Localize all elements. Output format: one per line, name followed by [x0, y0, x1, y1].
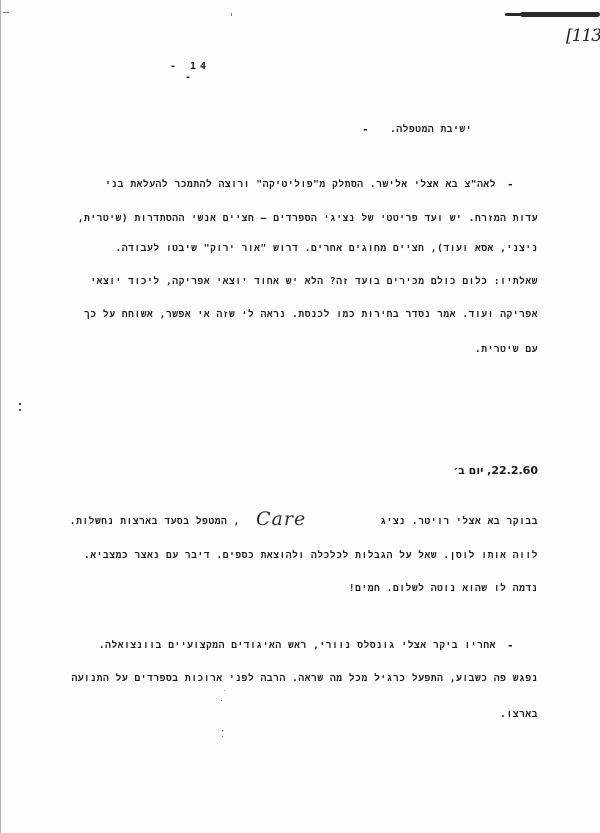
handwritten-insert: Care [256, 508, 306, 530]
page-number: - 14 - [160, 61, 220, 83]
bullet-dash: - [507, 639, 514, 652]
paragraph-line: שאלתיו: כלום כולם מכירים בועד זה? הלא יש… [90, 276, 538, 287]
scan-artifact-bar [505, 13, 527, 16]
scan-speck [3, 12, 9, 13]
bullet-dash: - [507, 178, 514, 191]
scan-speck [19, 409, 21, 411]
paragraph-line: , המטפל בסעד בארצות נחשלות. [70, 516, 240, 527]
paragraph-line: אפריקה ועוד. אמר נסדר בחירות כמו לכנסת. … [84, 309, 538, 320]
paragraph-line: עם שיטרית. [475, 344, 538, 355]
paragraph-line: לאה"צ בא אצלי אלישר. הסתלק מ"פוליטיקה" ו… [105, 179, 496, 190]
paragraph-line: עדות המזרח. יש ועד פריטטי של נציגי הספרד… [78, 213, 538, 224]
paragraph-line: ישיבת המטפלה. [390, 124, 472, 135]
paragraph-line: בארצו. [500, 709, 538, 720]
paragraph-line: נפגש פה כשבוע, התפעל כרגיל מכל מה שראה. … [71, 673, 538, 684]
paragraph-line: ניצני, אסא ועוד), חציים מחוגים אחרים. דר… [116, 243, 538, 254]
scan-speck [19, 403, 21, 405]
scan-speck [231, 13, 232, 16]
scan-speck [221, 700, 222, 701]
date-heading: 22.2.60, יום ב׳ [453, 464, 538, 477]
scan-artifact-bar [520, 12, 600, 17]
paragraph-line: לווה אותו לוסן. שאל על הגבלות לכלכלה ולה… [84, 550, 538, 561]
paragraph-line: אחריו ביקר אצלי גונסלס נוורי, ראש האיגוד… [99, 640, 496, 651]
scan-speck [222, 730, 223, 731]
page-edge [0, 0, 1, 833]
scan-speck [224, 690, 225, 691]
scan-speck [222, 736, 223, 737]
paragraph-line: בבוקר בא אצלי רויטר. נציג [380, 516, 538, 527]
bullet-dash: - [362, 123, 369, 136]
archive-number: [113] [566, 26, 600, 46]
paragraph-line: נדמה לו שהוא נוטה לשלום. חמים! [349, 583, 538, 594]
